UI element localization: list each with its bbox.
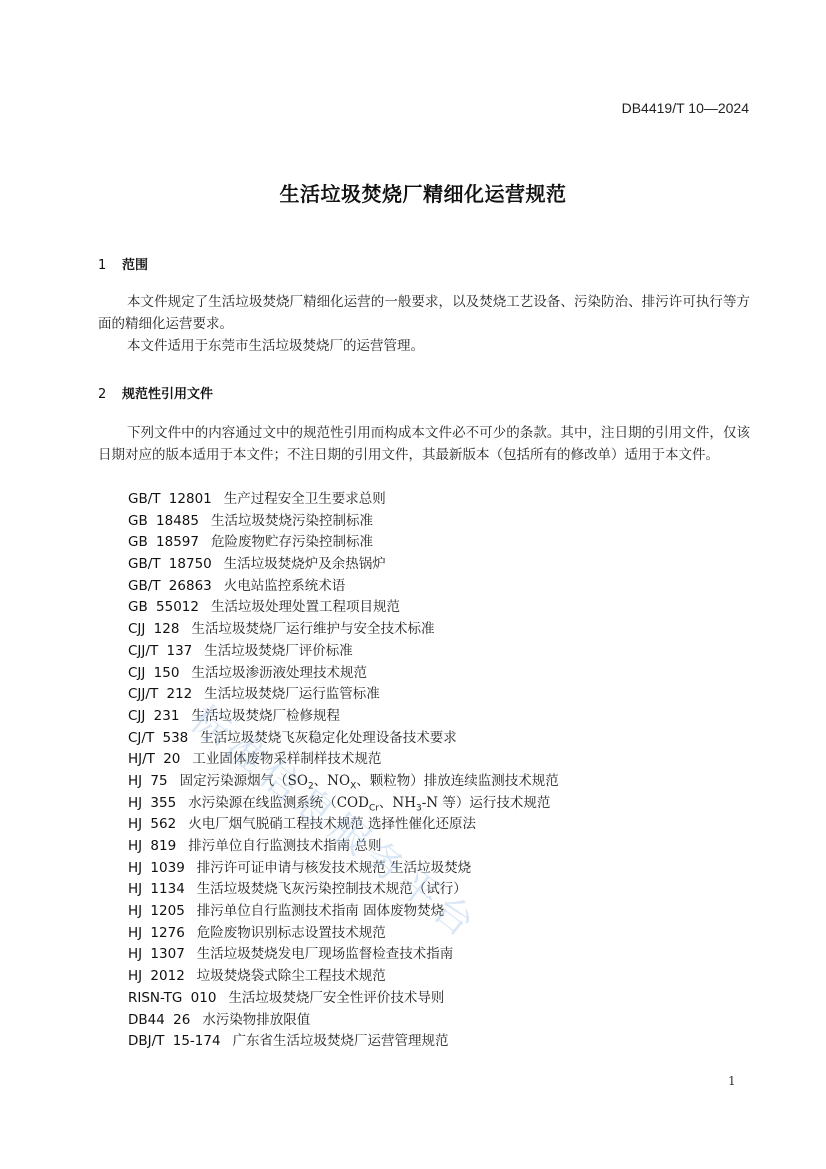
reference-item: HJ 2012垃圾焚烧袋式除尘工程技术规范 [128, 965, 559, 987]
reference-item: CJJ 231生活垃圾焚烧厂检修规程 [128, 705, 559, 727]
reference-title: 排污许可证申请与核发技术规范 生活垃圾焚烧 [197, 860, 471, 876]
reference-item: GB/T 26863火电站监控系统术语 [128, 575, 559, 597]
reference-title: 工业固体废物采样制样技术规范 [192, 751, 381, 767]
reference-code: HJ 1276 [128, 925, 185, 941]
reference-title: 生活垃圾焚烧飞灰稳定化处理设备技术要求 [200, 730, 457, 746]
reference-title: 危险废物贮存污染控制标准 [211, 534, 373, 550]
reference-item: HJ 1205排污单位自行监测技术指南 固体废物焚烧 [128, 900, 559, 922]
reference-code: CJ/T 538 [128, 730, 188, 746]
reference-title: 生活垃圾焚烧飞灰污染控制技术规范（试行） [197, 881, 467, 897]
reference-title: 生活垃圾焚烧厂运行监管标准 [204, 686, 380, 702]
reference-code: CJJ 150 [128, 665, 179, 681]
reference-code: HJ 1307 [128, 946, 185, 962]
reference-item: HJ 75固定污染源烟气（SO2、NOX、颗粒物）排放连续监测技术规范 [128, 770, 559, 792]
reference-title: 火电厂烟气脱硝工程技术规范 选择性催化还原法 [188, 816, 476, 832]
reference-title: 生活垃圾焚烧厂安全性评价技术导则 [228, 990, 444, 1006]
reference-item: HJ 819排污单位自行监测技术指南 总则 [128, 835, 559, 857]
reference-title: 危险废物识别标志设置技术规范 [197, 925, 386, 941]
reference-code: GB 55012 [128, 599, 199, 615]
reference-title: 生活垃圾焚烧厂检修规程 [191, 708, 340, 724]
reference-item: CJJ 128生活垃圾焚烧厂运行维护与安全技术标准 [128, 618, 559, 640]
section-number: 2 [98, 387, 122, 402]
section-title: 范围 [122, 258, 148, 273]
reference-code: GB/T 18750 [128, 556, 212, 572]
document-page: DB4419/T 10—2024 生活垃圾焚烧厂精细化运营规范 1范围 本文件规… [0, 0, 826, 1169]
reference-item: GB 18597危险废物贮存污染控制标准 [128, 531, 559, 553]
reference-code: HJ 1039 [128, 860, 185, 876]
reference-item: HJ 355水污染源在线监测系统（CODCr、NH3-N 等）运行技术规范 [128, 792, 559, 814]
reference-code: HJ 75 [128, 773, 168, 789]
reference-code: DB44 26 [128, 1012, 190, 1028]
reference-item: GB 18485生活垃圾焚烧污染控制标准 [128, 510, 559, 532]
reference-code: HJ 1205 [128, 903, 185, 919]
reference-title-part: -N 等）运行技术规范 [422, 795, 551, 811]
reference-item: HJ 1276危险废物识别标志设置技术规范 [128, 922, 559, 944]
reference-code: HJ 1134 [128, 881, 185, 897]
reference-code: CJJ/T 137 [128, 643, 192, 659]
reference-title-part: 、NH [379, 795, 416, 811]
reference-title-part: 、颗粒物）排放连续监测技术规范 [356, 773, 559, 789]
reference-title: 水污染源在线监测系统（CODCr、NH3-N 等）运行技术规范 [188, 795, 550, 811]
reference-title: 生活垃圾焚烧发电厂现场监督检查技术指南 [197, 946, 454, 962]
reference-title: 生活垃圾焚烧炉及余热锅炉 [224, 556, 386, 572]
reference-code: HJ 562 [128, 816, 176, 832]
reference-title: 生产过程安全卫生要求总则 [224, 491, 386, 507]
reference-item: DBJ/T 15-174广东省生活垃圾焚烧厂运营管理规范 [128, 1030, 559, 1052]
reference-item: GB 55012生活垃圾处理处置工程项目规范 [128, 596, 559, 618]
reference-item: CJ/T 538生活垃圾焚烧飞灰稳定化处理设备技术要求 [128, 727, 559, 749]
reference-code: CJJ/T 212 [128, 686, 192, 702]
reference-item: HJ 562火电厂烟气脱硝工程技术规范 选择性催化还原法 [128, 813, 559, 835]
reference-title: 固定污染源烟气（SO2、NOX、颗粒物）排放连续监测技术规范 [180, 773, 559, 789]
reference-code: GB 18597 [128, 534, 199, 550]
reference-code: GB/T 26863 [128, 578, 212, 594]
page-number: 1 [728, 1074, 736, 1088]
reference-item: HJ 1134生活垃圾焚烧飞灰污染控制技术规范（试行） [128, 878, 559, 900]
reference-code: GB/T 12801 [128, 491, 212, 507]
reference-code: GB 18485 [128, 513, 199, 529]
reference-code: CJJ 128 [128, 621, 179, 637]
reference-item: HJ 1039排污许可证申请与核发技术规范 生活垃圾焚烧 [128, 857, 559, 879]
reference-item: HJ/T 20工业固体废物采样制样技术规范 [128, 748, 559, 770]
reference-item: GB/T 12801生产过程安全卫生要求总则 [128, 488, 559, 510]
reference-title: 广东省生活垃圾焚烧厂运营管理规范 [233, 1033, 449, 1049]
reference-code: HJ 819 [128, 838, 176, 854]
reference-item: RISN-TG 010生活垃圾焚烧厂安全性评价技术导则 [128, 987, 559, 1009]
subscript: Cr [369, 803, 379, 813]
reference-code: CJJ 231 [128, 708, 179, 724]
paragraph: 本文件适用于东莞市生活垃圾焚烧厂的运营管理。 [98, 336, 750, 358]
reference-item: DB44 26水污染物排放限值 [128, 1009, 559, 1031]
reference-list: GB/T 12801生产过程安全卫生要求总则GB 18485生活垃圾焚烧污染控制… [128, 488, 559, 1052]
reference-code: DBJ/T 15-174 [128, 1033, 221, 1049]
reference-title: 排污单位自行监测技术指南 固体废物焚烧 [197, 903, 444, 919]
reference-code: HJ/T 20 [128, 751, 180, 767]
section-heading-normative-references: 2规范性引用文件 [98, 383, 213, 402]
document-title: 生活垃圾焚烧厂精细化运营规范 [0, 178, 826, 207]
reference-title: 垃圾焚烧袋式除尘工程技术规范 [197, 968, 386, 984]
reference-item: CJJ/T 137生活垃圾焚烧厂评价标准 [128, 640, 559, 662]
reference-code: HJ 2012 [128, 968, 185, 984]
section-heading-scope: 1范围 [98, 254, 148, 273]
reference-item: CJJ 150生活垃圾渗沥液处理技术规范 [128, 662, 559, 684]
section-number: 1 [98, 258, 122, 273]
reference-title: 生活垃圾焚烧厂评价标准 [204, 643, 353, 659]
paragraph: 本文件规定了生活垃圾焚烧厂精细化运营的一般要求，以及焚烧工艺设备、污染防治、排污… [98, 292, 750, 335]
reference-title-part: 、NO [314, 773, 350, 789]
reference-code: RISN-TG 010 [128, 990, 216, 1006]
reference-item: GB/T 18750生活垃圾焚烧炉及余热锅炉 [128, 553, 559, 575]
reference-title: 生活垃圾渗沥液处理技术规范 [191, 665, 367, 681]
reference-code: HJ 355 [128, 795, 176, 811]
reference-title-part: 固定污染源烟气（SO [180, 773, 308, 789]
reference-title-part: 水污染源在线监测系统（COD [188, 795, 369, 811]
reference-title: 火电站监控系统术语 [224, 578, 346, 594]
reference-item: HJ 1307生活垃圾焚烧发电厂现场监督检查技术指南 [128, 943, 559, 965]
document-code: DB4419/T 10—2024 [622, 100, 749, 116]
reference-title: 排污单位自行监测技术指南 总则 [188, 838, 381, 854]
reference-title: 生活垃圾焚烧厂运行维护与安全技术标准 [191, 621, 434, 637]
reference-title: 生活垃圾焚烧污染控制标准 [211, 513, 373, 529]
reference-item: CJJ/T 212生活垃圾焚烧厂运行监管标准 [128, 683, 559, 705]
reference-title: 生活垃圾处理处置工程项目规范 [211, 599, 400, 615]
paragraph: 下列文件中的内容通过文中的规范性引用而构成本文件必不可少的条款。其中，注日期的引… [98, 423, 750, 466]
reference-title: 水污染物排放限值 [202, 1012, 310, 1028]
section-title: 规范性引用文件 [122, 387, 213, 402]
